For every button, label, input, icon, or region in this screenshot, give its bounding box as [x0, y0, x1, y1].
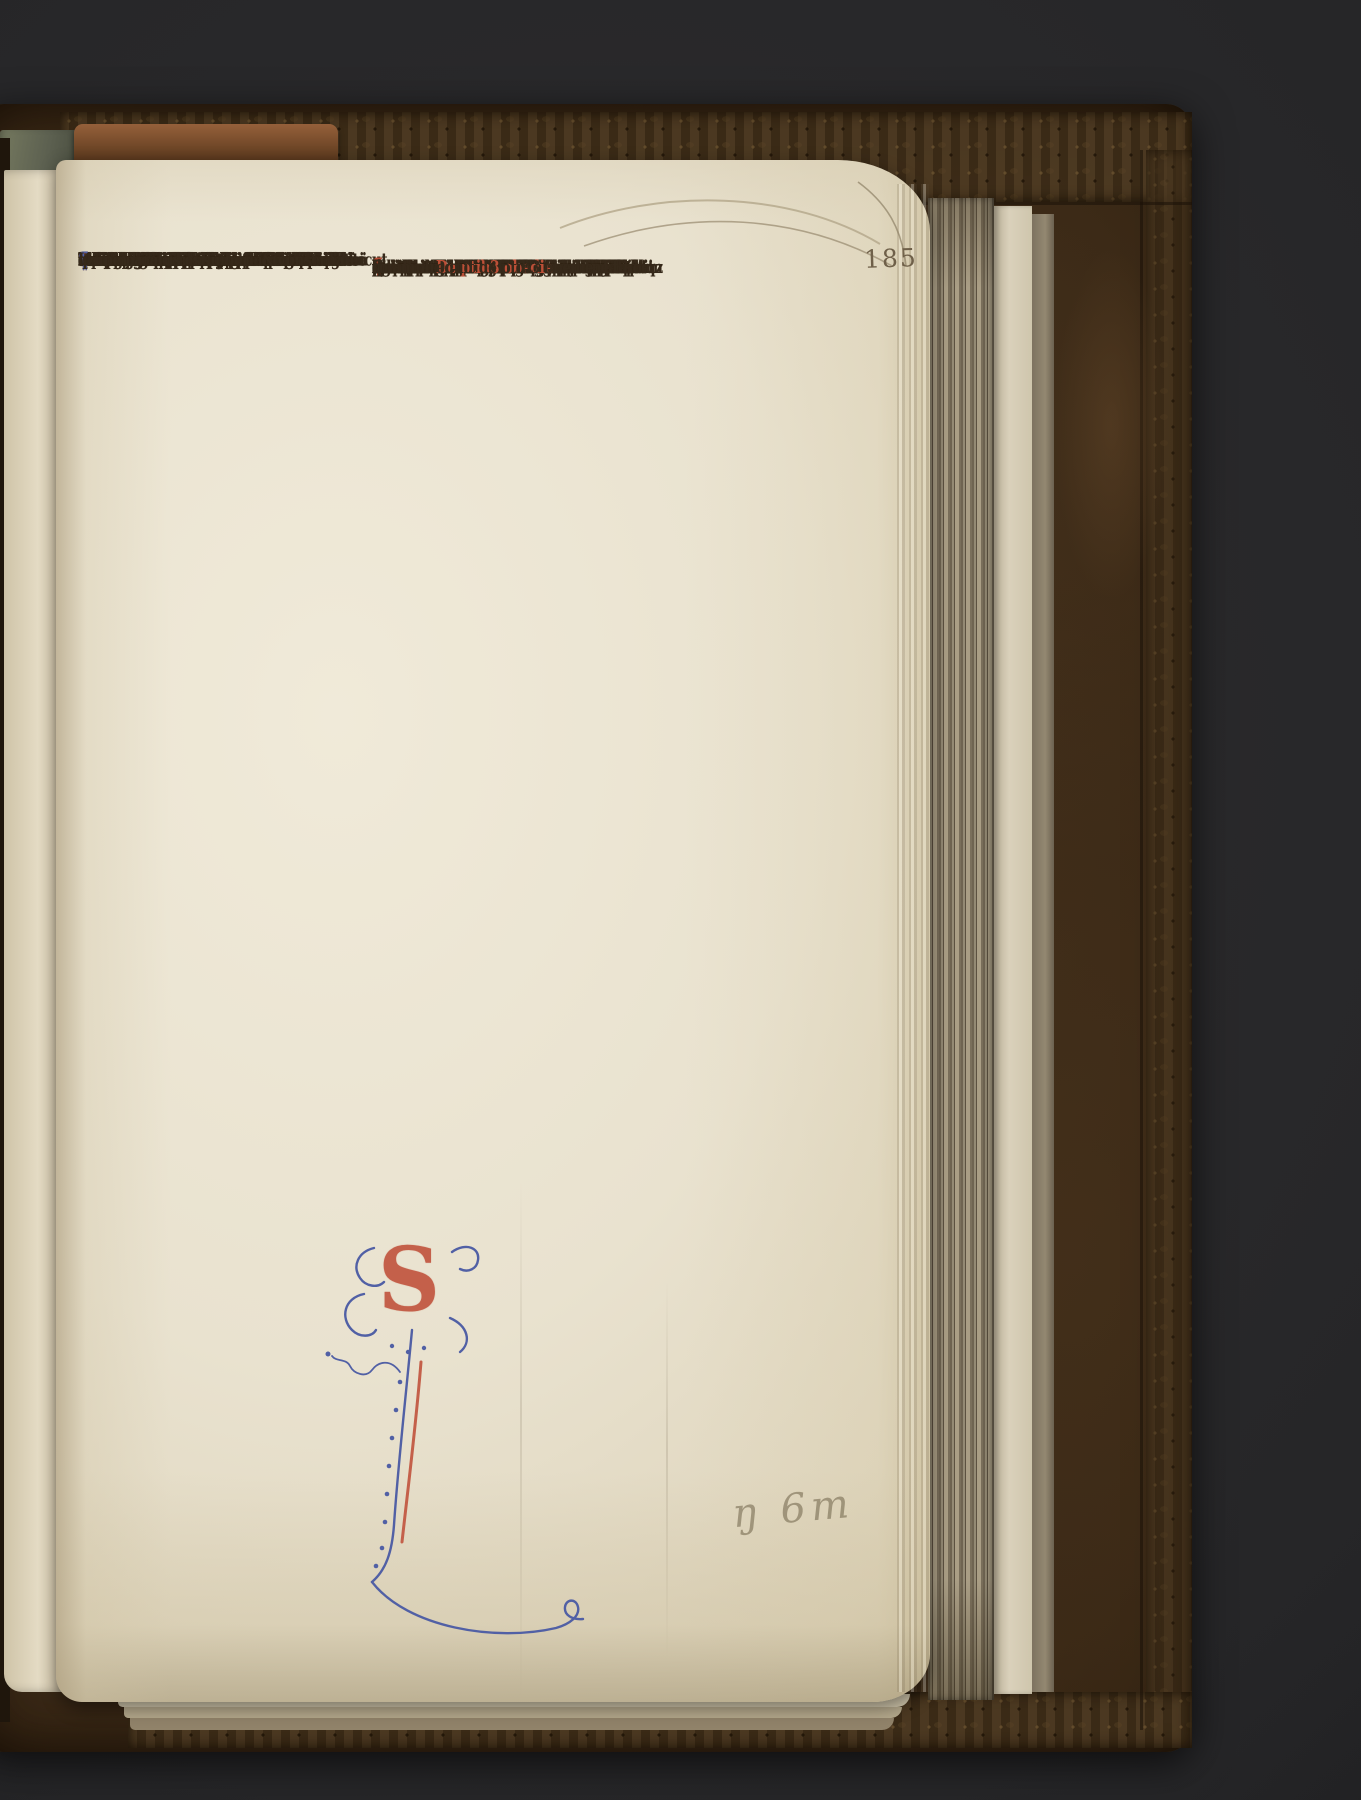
ink-text: equit de ptib3 obedie. Et no qz — [436, 256, 663, 281]
folio-number: 185 — [864, 243, 919, 274]
ink-text: qz ipe paratus est uiuere & conseruate — [78, 250, 358, 273]
page-thickness-lines — [893, 184, 931, 1692]
grey-leaf-edge — [1032, 214, 1054, 1692]
manuscript-photo: ntulesl. ¶Sewtz & clze sua sifur & amrit… — [0, 0, 1361, 1800]
leather-worn-patch — [1036, 190, 1186, 660]
decorated-initial: S — [378, 1237, 440, 1325]
bottom-leaf-edge-2 — [124, 1707, 902, 1718]
parchment-crease — [666, 1280, 668, 1660]
parchment-page — [56, 160, 930, 1702]
outer-leaf-edge — [994, 206, 1032, 1694]
bottom-leaf-edge-3 — [130, 1718, 894, 1730]
parchment-crease — [520, 1180, 522, 1700]
fore-edge-page-stack — [928, 198, 994, 1700]
